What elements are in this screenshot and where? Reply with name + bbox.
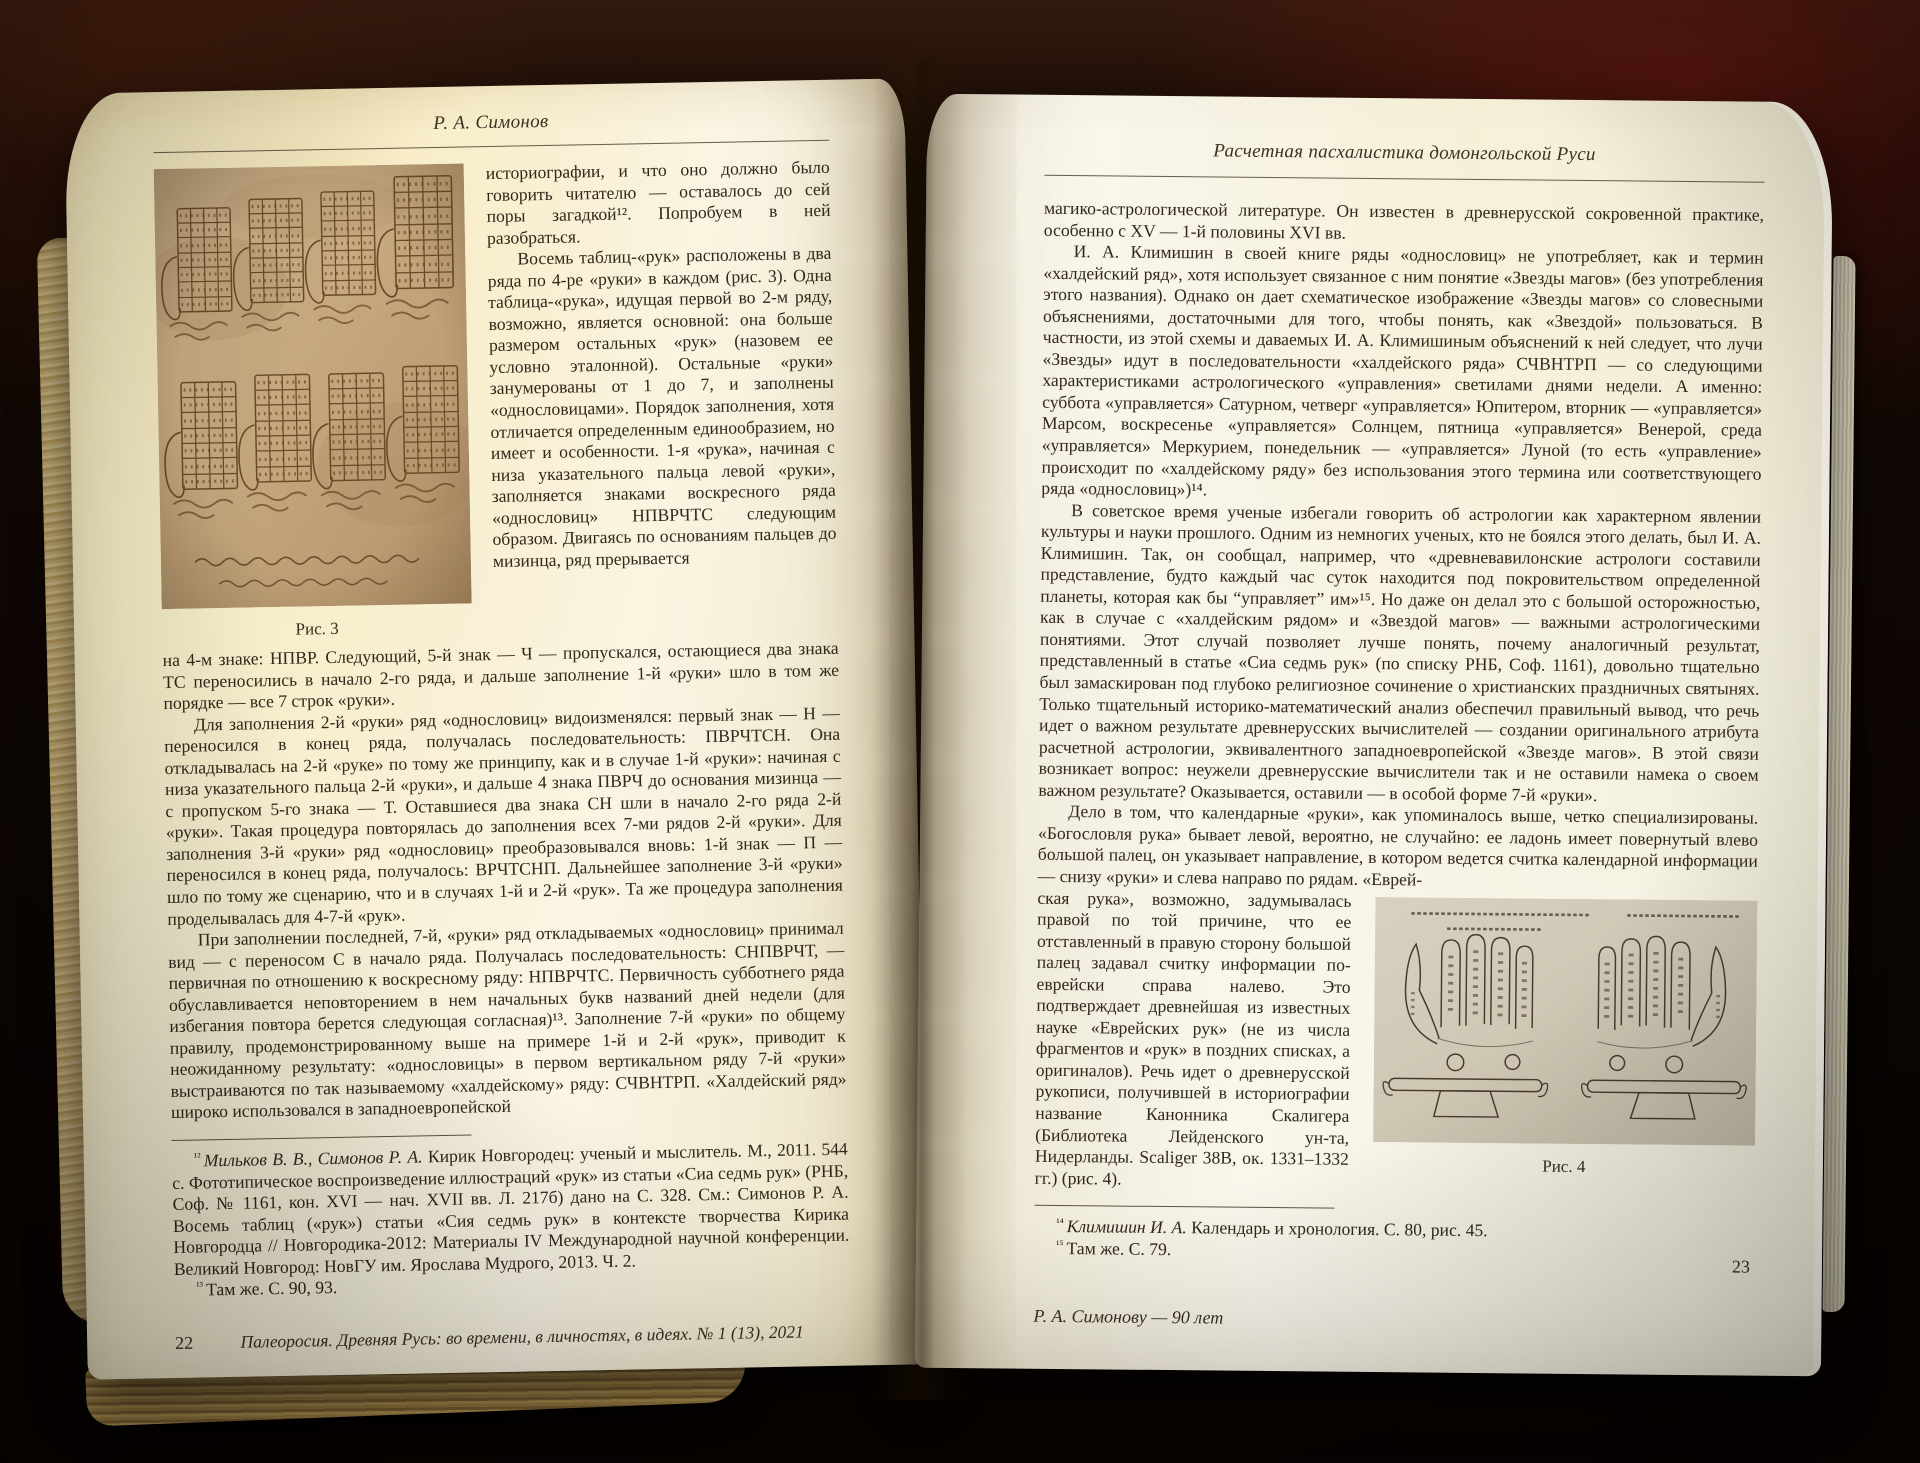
page-number: 23 [1732, 1256, 1750, 1277]
figure3: Рис. 3 [154, 163, 473, 642]
footnote-marker: ¹³ [196, 1281, 203, 1293]
figure3-manuscript-image [154, 163, 472, 609]
paragraph: В советское время ученые избегали говори… [1038, 499, 1761, 808]
figure4-manuscript-image [1373, 897, 1757, 1146]
running-head-title: Расчетная пасхалистика домонгольской Рус… [1044, 139, 1764, 168]
paragraph: И. А. Климишин в своей книге ряды «однос… [1041, 241, 1763, 506]
footnote-author: Климишин И. А. [1067, 1216, 1187, 1237]
footnote-marker: ¹⁴ [1056, 1217, 1064, 1229]
jubilee-footer: Р. А. Симонову — 90 лет [1033, 1306, 1223, 1329]
paragraph: Дело в том, что календарные «руки», как … [1038, 801, 1759, 894]
page-number: 22 [175, 1333, 193, 1354]
footnote-marker: ¹² [194, 1152, 201, 1164]
footnote-author: Мильков В. В., Симонов Р. А. [204, 1146, 423, 1170]
paragraph: При заполнении последней, 7-й, «руки» ря… [168, 918, 847, 1124]
paragraph: на 4-м знаке: НПВР. Следующий, 5-й знак … [162, 638, 839, 715]
paragraph: историографии, и что оно должно было гов… [486, 157, 832, 249]
footnote-text: Календарь и хронология. С. 80, рис. 45. [1187, 1217, 1488, 1240]
running-head-author: Р. А. Симонов [153, 106, 829, 140]
book-page-left: Р. А. Симонов [64, 78, 927, 1379]
footnote: ¹²Мильков В. В., Симонов Р. А. Кирик Нов… [172, 1139, 850, 1281]
footnote-marker: ¹⁵ [1056, 1239, 1064, 1251]
figure4-caption: Рис. 4 [1373, 1155, 1755, 1179]
book-page-right: Расчетная пасхалистика домонгольской Рус… [915, 94, 1833, 1377]
footnote-text: Там же. С. 79. [1066, 1238, 1171, 1259]
header-rule [1044, 175, 1764, 183]
figure4-wrap-section: Рис. 4 ская рука», возможно, задумывалас… [1035, 887, 1758, 1196]
figure3-caption: Рис. 3 [162, 616, 472, 642]
footnote-rule [171, 1135, 471, 1141]
left-column-text: историографии, и что оно должно было гов… [486, 157, 837, 573]
paragraph: Восемь таблиц-«рук» расположены в два ря… [487, 243, 837, 572]
left-fullwidth-text: на 4-м знаке: НПВР. Следующий, 5-й знак … [162, 638, 847, 1124]
footnote-rule [1034, 1205, 1334, 1209]
footnote-text: Там же. С. 90, 93. [206, 1277, 337, 1299]
paragraph: магико-астрологической литературе. Он из… [1044, 198, 1764, 248]
figure4: Рис. 4 [1373, 897, 1758, 1179]
paragraph: Для заполнения 2-й «руки» ряд «однослови… [164, 702, 844, 930]
header-rule [153, 140, 829, 153]
